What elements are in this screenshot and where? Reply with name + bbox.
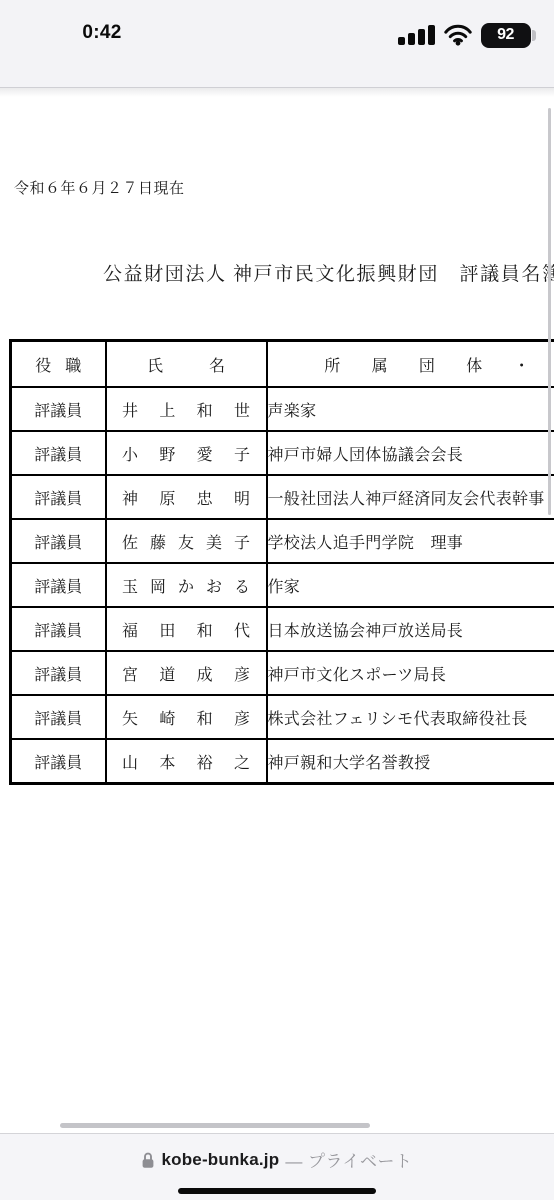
browser-bottom-bar: kobe-bunka.jp — プライベート <box>0 1133 554 1200</box>
role-cell: 評議員 <box>11 695 106 739</box>
wifi-icon <box>443 24 473 46</box>
affiliation-cell: 一般社団法人神戸経済同友会代表幹事 <box>267 475 554 519</box>
affiliation-cell: 作家 <box>267 563 554 607</box>
affiliation-cell: 神戸親和大学名誉教授 <box>267 739 554 784</box>
role-cell: 評議員 <box>11 607 106 651</box>
name-cell: 矢崎和彦 <box>106 695 267 739</box>
affiliation-cell: 神戸市文化スポーツ局長 <box>267 651 554 695</box>
name-cell: 神原忠明 <box>106 475 267 519</box>
name-cell: 井上和世 <box>106 387 267 431</box>
address-bar[interactable]: kobe-bunka.jp — プライベート <box>0 1147 554 1172</box>
table-row: 評議員 矢崎和彦 株式会社フェリシモ代表取締役社長 <box>11 695 554 739</box>
table-header-row: 役職 氏名 所属団体・職名 <box>11 341 554 388</box>
name-cell: 福田和代 <box>106 607 267 651</box>
table-row: 評議員 佐藤友美子 学校法人追手門学院 理事 <box>11 519 554 563</box>
cellular-signal-icon <box>398 25 435 45</box>
clock: 0:42 <box>52 22 152 44</box>
affiliation-cell: 声楽家 <box>267 387 554 431</box>
status-bar: 0:42 92 <box>0 0 554 88</box>
private-browsing-label: — プライベート <box>285 1147 412 1172</box>
name-cell: 玉岡かおる <box>106 563 267 607</box>
table-row: 評議員 小野愛子 神戸市婦人団体協議会会長 <box>11 431 554 475</box>
role-cell: 評議員 <box>11 519 106 563</box>
status-icons: 92 <box>398 22 537 48</box>
document-title: 公益財団法人 神戸市民文化振興財団 評議員名簿 <box>103 259 554 286</box>
role-cell: 評議員 <box>11 563 106 607</box>
role-cell: 評議員 <box>11 651 106 695</box>
name-cell: 小野愛子 <box>106 431 267 475</box>
name-cell: 宮道成彦 <box>106 651 267 695</box>
role-cell: 評議員 <box>11 739 106 784</box>
document: 令和６年６月２７日現在 公益財団法人 神戸市民文化振興財団 評議員名簿 役職 氏… <box>0 88 554 1133</box>
name-cell: 山本裕之 <box>106 739 267 784</box>
name-cell: 佐藤友美子 <box>106 519 267 563</box>
web-page[interactable]: 令和６年６月２７日現在 公益財団法人 神戸市民文化振興財団 評議員名簿 役職 氏… <box>0 88 554 1133</box>
lock-icon <box>141 1151 155 1169</box>
document-date: 令和６年６月２７日現在 <box>14 177 185 198</box>
horizontal-scroll-indicator <box>60 1123 370 1128</box>
table-row: 評議員 玉岡かおる 作家 <box>11 563 554 607</box>
councilor-table: 役職 氏名 所属団体・職名 評議員 井上和世 声楽家 評議員 小野愛子 神戸市婦… <box>9 339 554 785</box>
affiliation-cell: 学校法人追手門学院 理事 <box>267 519 554 563</box>
url-domain: kobe-bunka.jp <box>161 1150 279 1170</box>
table-row: 評議員 井上和世 声楽家 <box>11 387 554 431</box>
affiliation-header-cell: 所属団体・職名 <box>267 341 554 388</box>
role-cell: 評議員 <box>11 431 106 475</box>
battery-icon: 92 <box>481 23 537 48</box>
role-cell: 評議員 <box>11 475 106 519</box>
table-row: 評議員 福田和代 日本放送協会神戸放送局長 <box>11 607 554 651</box>
role-cell: 評議員 <box>11 387 106 431</box>
vertical-scroll-indicator <box>548 108 551 515</box>
affiliation-cell: 神戸市婦人団体協議会会長 <box>267 431 554 475</box>
table-row: 評議員 神原忠明 一般社団法人神戸経済同友会代表幹事 <box>11 475 554 519</box>
table-row: 評議員 山本裕之 神戸親和大学名誉教授 <box>11 739 554 784</box>
affiliation-cell: 株式会社フェリシモ代表取締役社長 <box>267 695 554 739</box>
affiliation-cell: 日本放送協会神戸放送局長 <box>267 607 554 651</box>
role-header-cell: 役職 <box>11 341 106 388</box>
table-row: 評議員 宮道成彦 神戸市文化スポーツ局長 <box>11 651 554 695</box>
name-header-cell: 氏名 <box>106 341 267 388</box>
home-indicator[interactable] <box>178 1188 376 1194</box>
battery-percent: 92 <box>497 26 514 44</box>
